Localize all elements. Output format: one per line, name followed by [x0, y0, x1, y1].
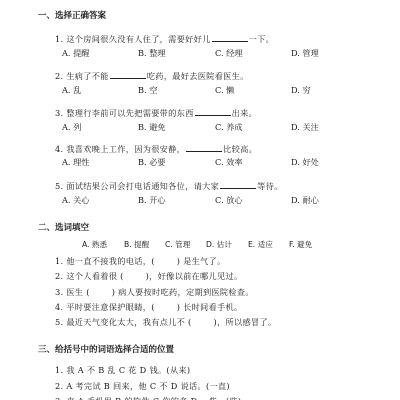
- fill-item-3: 3. 医生 () 病人要按时吃药，定期到医院检查。: [55, 288, 254, 296]
- answer-blank[interactable]: [110, 71, 146, 79]
- answer-blank[interactable]: [212, 34, 248, 42]
- word-bank-c: C. 管理: [165, 241, 190, 249]
- question-1: 1. 这个房间很久没有人住了，需要好好儿一下。: [55, 34, 274, 43]
- option-a: A. 关心: [62, 196, 90, 204]
- question-text-end: 出来。: [232, 108, 257, 118]
- option-d: D. 好处: [291, 158, 319, 166]
- question-text: 4. 我喜欢晚上工作，因为很安静，: [55, 144, 185, 154]
- word-bank-d: D. 估计: [206, 241, 232, 249]
- answer-blank[interactable]: [186, 144, 222, 152]
- option-d: D. 耐心: [291, 196, 319, 204]
- item-text: 5. 最近天气变化太大，我有点儿不 (: [55, 317, 192, 327]
- item-text: 3. 医生 (: [55, 287, 90, 297]
- position-item-2: 2. A 考完试 B 回来，他 C 不 D 说话。(一直): [55, 382, 230, 390]
- option-a: A. 提醒: [62, 49, 90, 57]
- option-b: B. 开心: [138, 196, 166, 204]
- item-text-end: ) 长时间看手机。: [177, 302, 243, 312]
- word-bank-b: B. 提醒: [124, 241, 149, 249]
- option-c: C. 放心: [215, 196, 243, 204]
- word-bank-a: A. 熟悉: [82, 241, 107, 249]
- option-d: D. 穷: [291, 86, 311, 94]
- item-text: 1. 他一直不接我的电话，(: [55, 256, 155, 266]
- fill-item-4: 4. 平时要注意保护眼睛，() 长时间看手机。: [55, 303, 243, 311]
- question-2: 2. 生病了不能吃药，最好去医院看医生。: [55, 71, 249, 80]
- option-b: B. 必要: [138, 158, 166, 166]
- item-text-end: ) 是生气了。: [177, 256, 226, 266]
- question-text-end: 吃药，最好去医院看医生。: [147, 71, 249, 81]
- question-3: 3. 整理行李前可以先把需要带的东西出来。: [55, 108, 257, 117]
- question-text-end: 等待。: [257, 181, 282, 191]
- item-text: 4. 平时要注意保护眼睛，(: [55, 302, 155, 312]
- option-a: A. 理性: [62, 158, 90, 166]
- item-text: 2. 这个人看着很 (: [55, 271, 124, 281]
- option-c: C. 养成: [215, 123, 243, 131]
- item-text-end: )，所以感冒了。: [214, 317, 277, 327]
- option-a: A. 列: [62, 123, 81, 131]
- section-2-title: 二、选词填空: [38, 224, 89, 233]
- section-1-title: 一、选择正确答案: [38, 12, 106, 21]
- fill-item-2: 2. 这个人看着很 ()，好像以前在哪儿见过。: [55, 272, 243, 280]
- word-bank-e: E. 适应: [248, 241, 273, 249]
- option-b: B. 避免: [138, 123, 166, 131]
- option-b: B. 整理: [138, 49, 166, 57]
- word-bank-f: F. 避免: [289, 241, 312, 249]
- fill-item-1: 1. 他一直不接我的电话，() 是生气了。: [55, 257, 226, 265]
- question-text: 5. 面试结果公司会打电话通知各位，请大家: [55, 181, 219, 191]
- item-text-end: ) 病人要按时吃药，定期到医院检查。: [112, 287, 254, 297]
- position-item-1: 1. 我 A 不 B 乱 C 花 D 钱。(从来): [55, 366, 190, 374]
- answer-blank[interactable]: [195, 108, 231, 116]
- option-d: D. 关注: [291, 123, 319, 131]
- option-c: C. 经理: [215, 49, 243, 57]
- option-c: C. 懒: [215, 86, 234, 94]
- question-text: 3. 整理行李前可以先把需要带的东西: [55, 108, 194, 118]
- question-text-end: 一下。: [249, 34, 274, 44]
- section-3-title: 三、给括号中的词语选择合适的位置: [38, 346, 174, 355]
- option-a: A. 乱: [62, 86, 81, 94]
- question-text-end: 比较高。: [223, 144, 257, 154]
- question-4: 4. 我喜欢晚上工作，因为很安静，比较高。: [55, 144, 257, 153]
- answer-blank[interactable]: [220, 181, 256, 189]
- question-5: 5. 面试结果公司会打电话通知各位，请大家等待。: [55, 181, 283, 190]
- option-d: D. 管理: [291, 49, 319, 57]
- option-b: B. 空: [138, 86, 157, 94]
- question-text: 1. 这个房间很久没有人住了，需要好好儿: [55, 34, 211, 44]
- item-text-end: )，好像以前在哪儿见过。: [146, 271, 243, 281]
- question-text: 2. 生病了不能: [55, 71, 109, 81]
- fill-item-5: 5. 最近天气变化太大，我有点儿不 ()，所以感冒了。: [55, 318, 276, 326]
- option-c: C. 效率: [215, 158, 243, 166]
